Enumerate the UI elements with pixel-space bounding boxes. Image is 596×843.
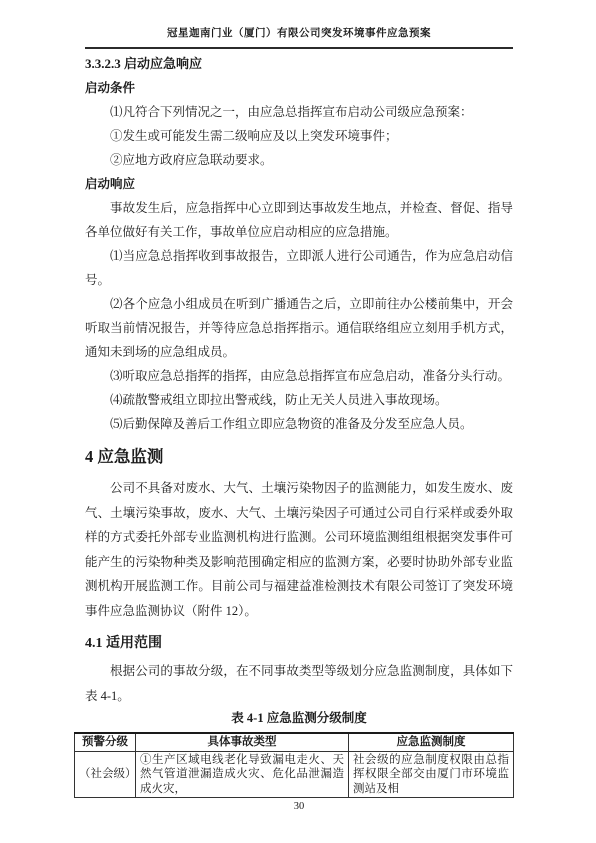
paragraph-condition-intro: ⑴凡符合下列情况之一，由应急总指挥宣布启动公司级应急预案： <box>85 100 513 124</box>
page-number: 30 <box>85 800 513 814</box>
heading-section-4: 4 应急监测 <box>85 444 513 470</box>
paragraph-section-4-1: 根据公司的事故分级，在不同事故类型等级划分应急监测制度，具体如下表 4-1。 <box>85 659 513 708</box>
paragraph-response-item-5: ⑸后勤保障及善后工作组立即应急物资的准备及分发至应急人员。 <box>85 412 513 436</box>
paragraph-response-intro: 事故发生后，应急指挥中心立即到达事故发生地点，并检查、督促、指导各单位做好有关工… <box>85 196 513 244</box>
table-header-row: 预警分级 具体事故类型 应急监测制度 <box>75 733 514 751</box>
heading-3-3-2-3: 3.3.2.3 启动应急响应 <box>85 52 513 76</box>
paragraph-condition-item-2: ②应地方政府应急联动要求。 <box>85 148 513 172</box>
paragraph-response-item-2: ⑵各个应急小组成员在听到广播通告之后，立即前往办公楼前集中，开会听取当前情况报告… <box>85 292 513 364</box>
heading-start-response: 启动响应 <box>85 172 513 196</box>
table-header-monitoring-system: 应急监测制度 <box>349 733 514 751</box>
document-page: 冠星迦南门业（厦门）有限公司突发环境事件应急预案 3.3.2.3 启动应急响应 … <box>0 0 596 843</box>
monitoring-grade-table: 预警分级 具体事故类型 应急监测制度 （社会级） ①生产区域电线老化导致漏电走火… <box>74 732 514 798</box>
table-row: （社会级） ①生产区域电线老化导致漏电走火、天然气管道泄漏造成火灾、危化品泄漏造… <box>75 751 514 798</box>
page-header-title: 冠星迦南门业（厦门）有限公司突发环境事件应急预案 <box>85 27 513 49</box>
table-cell-monitoring-system: 社会级的应急制度权限由总指挥权限全部交由厦门市环境监测站及相 <box>349 751 514 798</box>
paragraph-response-item-4: ⑷疏散警戒组立即拉出警戒线，防止无关人员进入事故现场。 <box>85 388 513 412</box>
heading-start-conditions: 启动条件 <box>85 76 513 100</box>
table-cell-level: （社会级） <box>75 751 136 798</box>
paragraph-response-item-3: ⑶听取应急总指挥的指挥，由应急总指挥宣布应急启动，准备分头行动。 <box>85 364 513 388</box>
table-header-warning-level: 预警分级 <box>75 733 136 751</box>
paragraph-condition-item-1: ①发生或可能发生需二级响应及以上突发环境事件； <box>85 124 513 148</box>
paragraph-response-item-1: ⑴当应急总指挥收到事故报告，立即派人进行公司通告，作为应急启动信号。 <box>85 244 513 292</box>
paragraph-section-4: 公司不具备对废水、大气、土壤污染物因子的监测能力，如发生废水、废气、土壤污染事故… <box>85 476 513 623</box>
heading-section-4-1: 4.1 适用范围 <box>85 631 513 657</box>
table-header-accident-type: 具体事故类型 <box>136 733 349 751</box>
table-cell-accident-type: ①生产区域电线老化导致漏电走火、天然气管道泄漏造成火灾、危化品泄漏造成火灾， <box>136 751 349 798</box>
table-caption: 表 4-1 应急监测分级制度 <box>85 708 513 728</box>
